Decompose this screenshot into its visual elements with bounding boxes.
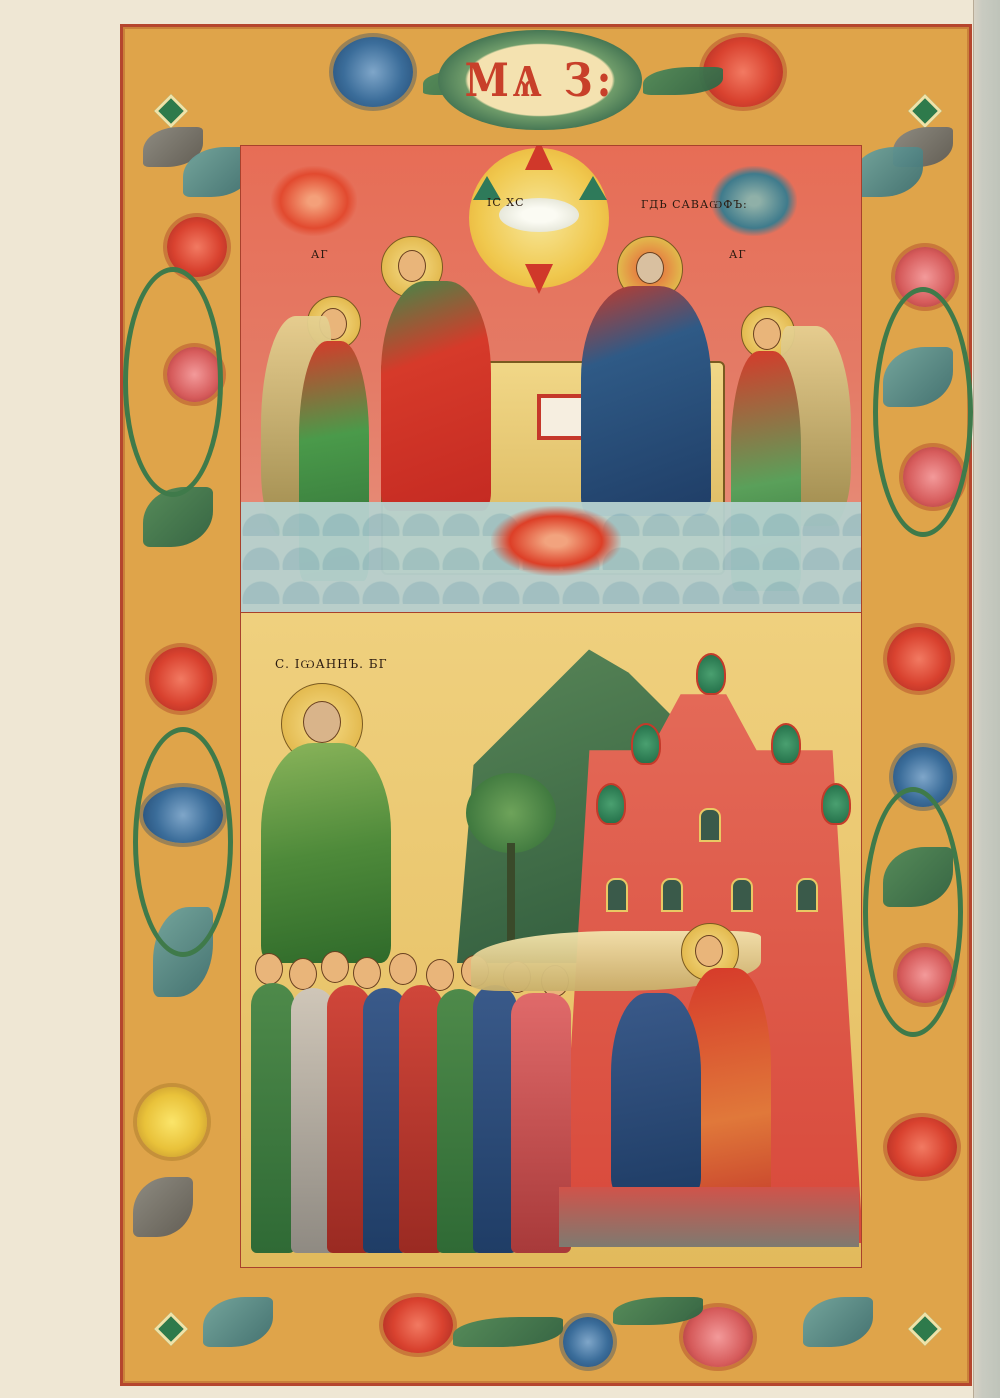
vine-leaf-icon <box>453 1317 563 1347</box>
diamond-ornament-icon <box>154 1312 188 1346</box>
church-window <box>606 878 628 912</box>
church-window <box>661 878 683 912</box>
acanthus-leaf-icon <box>203 1297 273 1347</box>
upper-panel-trinity: ІС ХС ГДЬ САВАѠФЪ: АГ АГ <box>240 145 862 613</box>
page-edge <box>973 0 1000 1398</box>
father-figure <box>581 286 711 516</box>
crowd-head <box>321 951 349 983</box>
crowd-head <box>389 953 417 985</box>
crowd-head <box>289 958 317 990</box>
red-rose-icon <box>149 647 213 711</box>
blue-flower-icon <box>563 1317 613 1367</box>
red-rose-icon <box>887 627 951 691</box>
vine-scroll-icon <box>873 287 973 537</box>
cartouche-title: МѦ З: <box>465 53 616 107</box>
christ-head <box>398 250 426 282</box>
apostle-figure <box>251 983 295 1253</box>
acanthus-leaf-icon <box>803 1297 873 1347</box>
label-angel-left: АГ <box>311 248 329 261</box>
star-point-icon <box>525 145 553 170</box>
tree-icon <box>466 773 556 853</box>
father-head <box>636 252 664 284</box>
onion-dome-icon <box>696 653 726 695</box>
vine-scroll-icon <box>123 267 223 497</box>
lower-panel-saint-john: С. ІѠАННЪ. БГ <box>240 612 862 1268</box>
onion-dome-icon <box>771 723 801 765</box>
label-lord-sabaoth: ГДЬ САВАѠФЪ: <box>641 198 748 211</box>
label-christ: ІС ХС <box>487 196 525 209</box>
diamond-ornament-icon <box>908 1312 942 1346</box>
vine-scroll-icon <box>133 727 233 957</box>
church-window <box>699 808 721 842</box>
onion-dome-icon <box>596 783 626 825</box>
red-lotus-icon <box>383 1297 453 1353</box>
archangel-head <box>695 935 723 967</box>
christ-figure <box>381 281 491 511</box>
crowd-head <box>255 953 283 985</box>
onion-dome-icon <box>631 723 661 765</box>
robed-youth-figure <box>611 993 701 1193</box>
tree-trunk <box>507 843 515 943</box>
star-point-icon <box>579 176 607 200</box>
acanthus-leaf-icon <box>133 1177 193 1237</box>
church-window <box>796 878 818 912</box>
saint-figure <box>261 743 391 963</box>
seraph-wheels <box>491 506 621 576</box>
red-seraph <box>271 166 357 236</box>
crowd-head <box>353 957 381 989</box>
diamond-ornament-icon <box>908 94 942 128</box>
diamond-ornament-icon <box>154 94 188 128</box>
label-saint-john: С. ІѠАННЪ. БГ <box>275 657 388 672</box>
vine-scroll-icon <box>863 787 963 1037</box>
label-angel-right: АГ <box>729 248 747 261</box>
blue-flower-icon <box>333 37 413 107</box>
right-angel-head <box>753 318 781 350</box>
church-steps <box>559 1187 859 1247</box>
acanthus-leaf-icon <box>853 147 923 197</box>
saint-head <box>303 701 341 743</box>
onion-dome-icon <box>821 783 851 825</box>
star-point-icon <box>525 264 553 294</box>
title-cartouche: МѦ З: <box>438 30 642 130</box>
red-rose-icon <box>887 1117 957 1177</box>
yellow-flower-icon <box>137 1087 207 1157</box>
church-window <box>731 878 753 912</box>
